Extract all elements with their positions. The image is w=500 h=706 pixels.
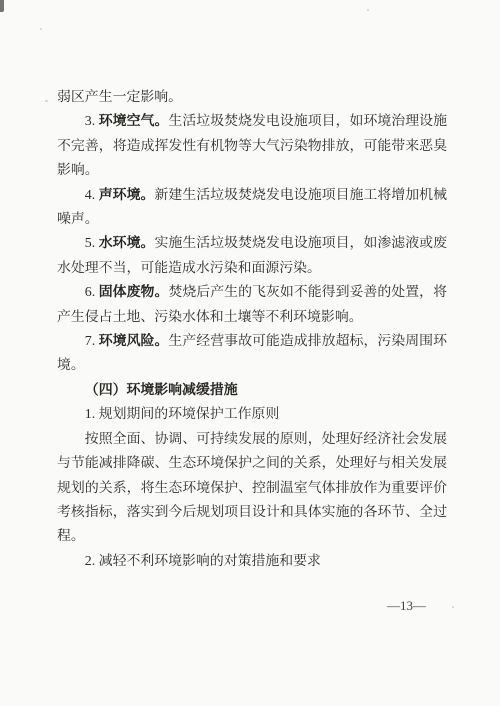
item-label: 环境风险。 [99, 334, 169, 349]
item-label: 环境空气。 [99, 114, 169, 129]
para-sub-1-body: 按照全面、协调、可持续发展的原则，处理好经济社会发展与节能减排降碳、生态环境保护… [57, 428, 447, 550]
scan-speck [45, 100, 48, 102]
scan-speck [40, 28, 42, 30]
para-item-6-solid-waste: 6. 固体废物。焚烧后产生的飞灰如不能得到妥善的处置，将产生侵占土地、污染水体和… [57, 281, 447, 330]
paragraph-text: 按照全面、协调、可持续发展的原则，处理好经济社会发展与节能减排降碳、生态环境保护… [57, 432, 447, 545]
scan-speck [367, 9, 369, 11]
item-number: 7. [85, 334, 99, 349]
item-number: 4. [85, 188, 99, 203]
scan-corner-artifact [0, 0, 4, 12]
item-number: 5. [85, 236, 99, 251]
document-page: 弱区产生一定影响。 3. 环境空气。生活垃圾焚烧发电设施项目，如环境治理设施不完… [0, 0, 500, 706]
para-sub-1-title: 1. 规划期间的环境保护工作原则 [57, 403, 447, 427]
paragraph-text: 1. 规划期间的环境保护工作原则 [85, 407, 279, 422]
para-item-7-risk: 7. 环境风险。生产经营事故可能造成排放超标，污染周围环境。 [57, 330, 447, 379]
paragraph-text: 弱区产生一定影响。 [57, 90, 182, 105]
para-item-4-noise: 4. 声环境。新建生活垃圾焚烧发电设施项目施工将增加机械噪声。 [57, 184, 447, 233]
item-number: 3. [85, 114, 99, 129]
scan-speck [452, 606, 454, 608]
para-sub-2-title: 2. 减轻不利环境影响的对策措施和要求 [57, 550, 447, 574]
heading-section-4-mitigation: （四）环境影响减缓措施 [57, 379, 447, 403]
item-label: 固体废物。 [99, 285, 169, 300]
para-item-5-water: 5. 水环境。实施生活垃圾焚烧发电设施项目，如渗滤液或废水处理不当，可能造成水污… [57, 232, 447, 281]
document-text-block: 弱区产生一定影响。 3. 环境空气。生活垃圾焚烧发电设施项目，如环境治理设施不完… [57, 86, 447, 574]
para-page-continuation: 弱区产生一定影响。 [57, 86, 447, 110]
page-number: —13— [387, 598, 426, 614]
section-heading-text: （四）环境影响减缓措施 [85, 383, 238, 398]
item-number: 6. [85, 285, 99, 300]
item-label: 水环境。 [99, 236, 155, 251]
item-label: 声环境。 [99, 188, 155, 203]
paragraph-text: 2. 减轻不利环境影响的对策措施和要求 [85, 554, 321, 569]
para-item-3-air: 3. 环境空气。生活垃圾焚烧发电设施项目，如环境治理设施不完善，将造成挥发性有机… [57, 110, 447, 183]
